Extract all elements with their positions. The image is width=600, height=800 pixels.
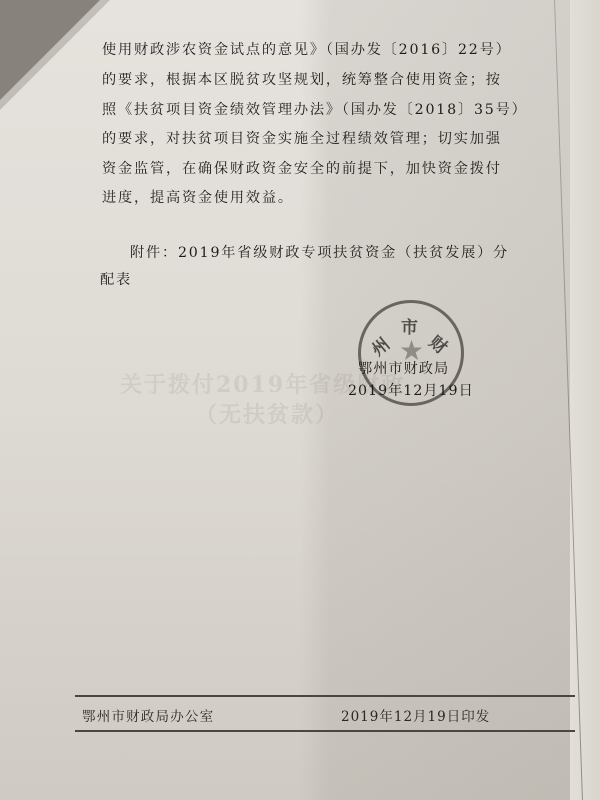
footer-bottom-rule: [75, 730, 575, 732]
signature-organization: 鄂州市财政局: [358, 358, 449, 378]
seal-char: 州: [365, 330, 394, 360]
seal-char: 财: [425, 328, 454, 358]
body-text-line: 照《扶贫项目资金绩效管理办法》（国办发〔2018〕35号）: [102, 101, 528, 119]
signature-date: 2019年12月19日: [348, 380, 474, 400]
footer-issuer: 鄂州市财政局办公室: [82, 705, 214, 725]
body-text-line: 的要求，对扶贫项目资金实施全过程绩效管理；切实加强: [102, 130, 502, 148]
body-text-line: 的要求，根据本区脱贫攻坚规划，统筹整合使用资金；按: [102, 71, 502, 89]
footer-issue-date: 2019年12月19日印发: [341, 705, 490, 725]
bleed-through-text: （无扶贫款）: [195, 398, 339, 429]
body-text-line: 资金监管，在确保财政资金安全的前提下，加快资金拨付: [102, 160, 502, 178]
footer-top-rule: [75, 695, 575, 697]
attachment-line: 附件：2019年省级财政专项扶贫资金（扶贫发展）分: [130, 244, 509, 262]
body-text-line: 进度，提高资金使用效益。: [102, 189, 294, 207]
document-page: 关于拨付2019年省级财政 （无扶贫款） 使用财政涉农资金试点的意见》（国办发〔…: [0, 0, 600, 800]
body-text-line: 使用财政涉农资金试点的意见》（国办发〔2016〕22号）: [102, 41, 512, 59]
attachment-line: 配表: [100, 271, 132, 289]
